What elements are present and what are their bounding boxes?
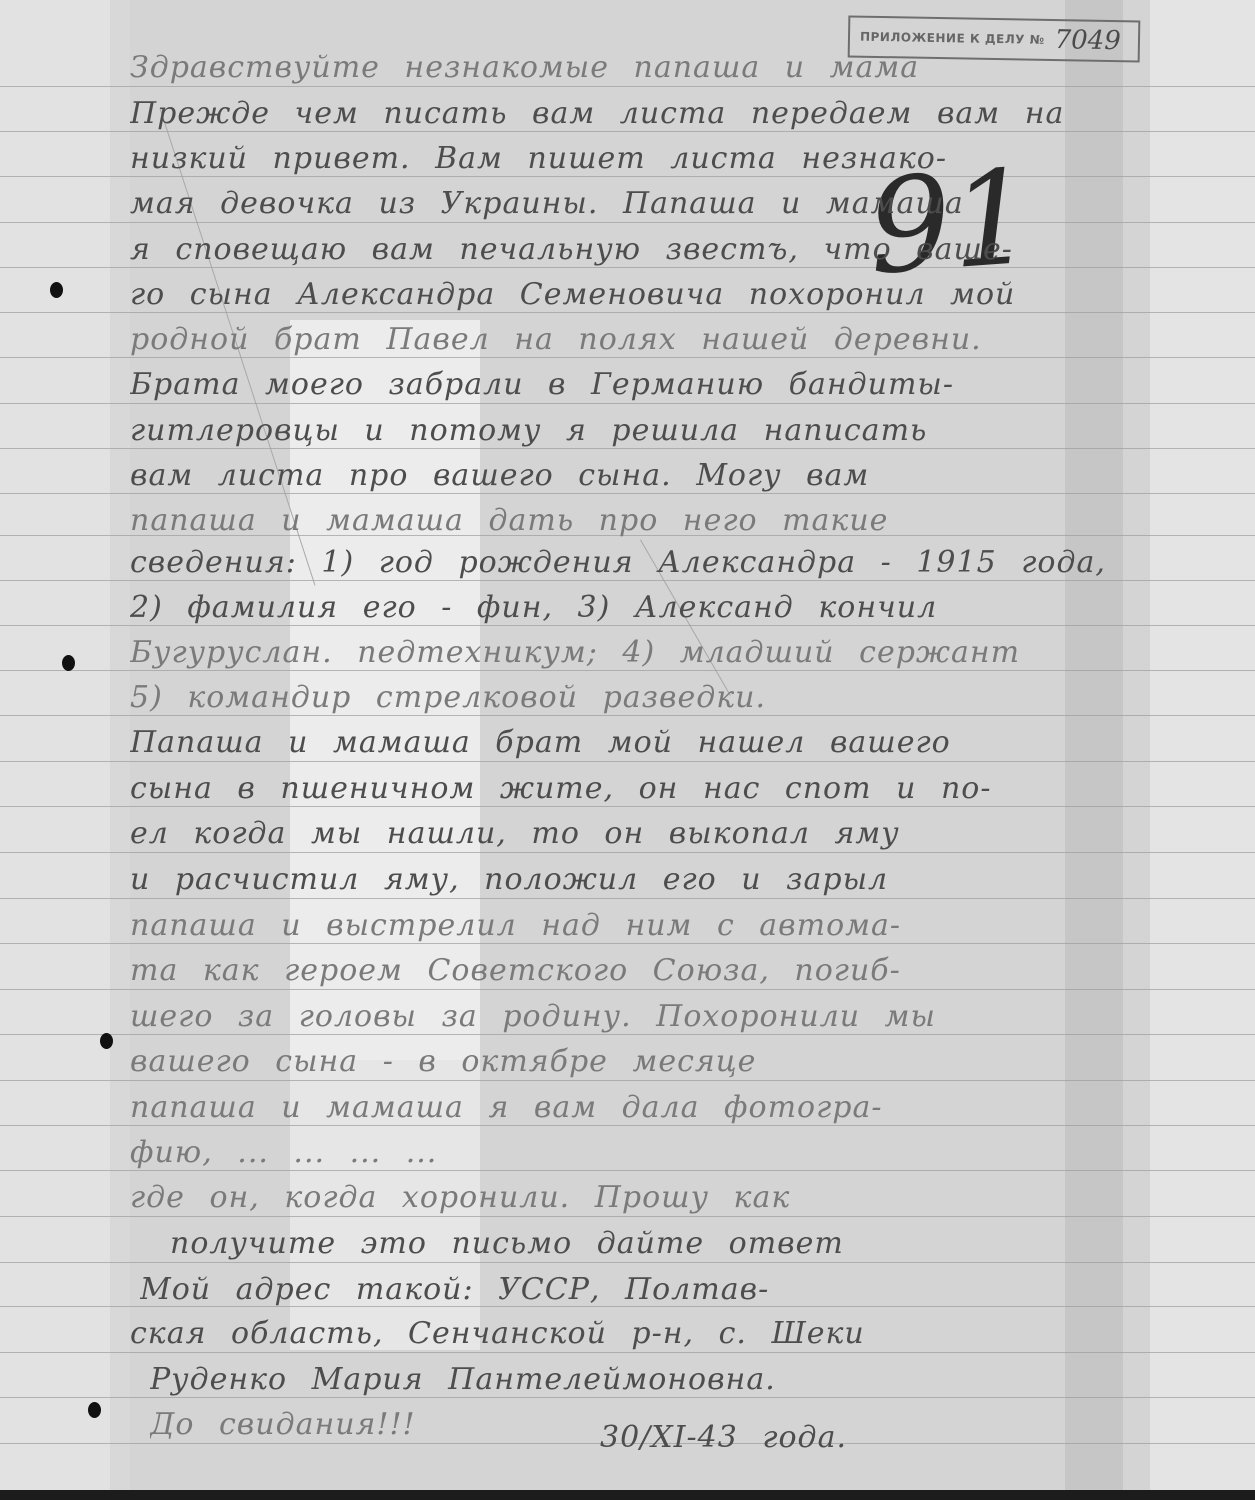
- letter-date: 30/XI-43 года.: [600, 1410, 1000, 1466]
- punch-hole: [62, 655, 75, 671]
- scan-border: [0, 1490, 1255, 1500]
- punch-hole: [88, 1402, 101, 1418]
- letter-closing: До свидания!!!: [150, 1397, 550, 1453]
- scanned-letter-page: ПРИЛОЖЕНИЕ К ДЕЛУ № 7049 91 Здравствуйте…: [0, 0, 1255, 1490]
- scan-band: [0, 0, 110, 1490]
- scan-band: [110, 0, 130, 1490]
- punch-hole: [50, 282, 63, 298]
- punch-hole: [100, 1033, 113, 1049]
